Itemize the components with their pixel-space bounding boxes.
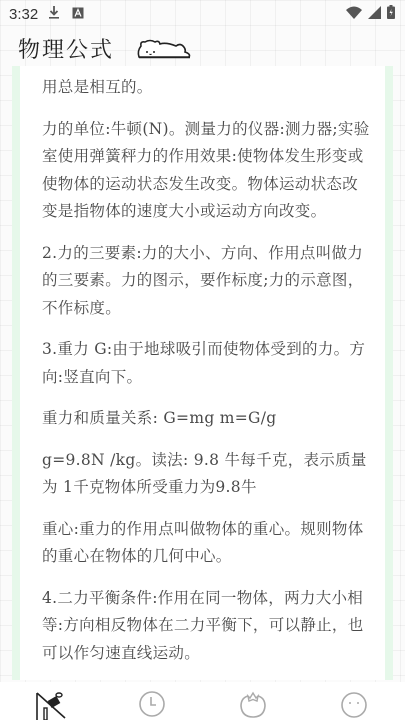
nav-tab-history[interactable] — [122, 690, 182, 720]
sleeping-bear-icon — [136, 37, 192, 63]
download-icon — [48, 5, 60, 23]
a-notification-icon — [72, 6, 84, 23]
formula-content: 用总是相互的。 力的单位:牛顿(N)。测量力的仪器:测力器;实验室使用弹簧秤力的… — [20, 66, 385, 667]
battery-charging-icon — [387, 5, 395, 23]
bottom-nav — [0, 682, 405, 720]
paragraph: 3.重力 G:由于地球吸引而使物体受到的力。方向:竖直向下。 — [42, 336, 371, 391]
paragraph: 力的单位:牛顿(N)。测量力的仪器:测力器;实验室使用弹簧秤力的作用效果:使物体… — [42, 116, 371, 226]
tomato-icon — [239, 690, 267, 720]
status-bar: 3:32 — [0, 0, 405, 28]
nav-tab-pomodoro[interactable] — [223, 690, 283, 720]
paragraph: 重力和质量关系: G=mg m=G/g — [42, 405, 371, 433]
paragraph: 重心:重力的作用点叫做物体的重心。规则物体的重心在物体的几何中心。 — [42, 516, 371, 571]
page-title: 物理公式 — [18, 33, 114, 64]
nav-tab-formulas[interactable] — [21, 690, 81, 720]
paragraph: 2.力的三要素:力的大小、方向、作用点叫做力的三要素。力的图示，要作标度;力的示… — [42, 240, 371, 323]
wifi-icon — [346, 6, 362, 23]
face-icon — [340, 690, 368, 720]
app-header: 物理公式 — [0, 30, 405, 66]
formula-card[interactable]: 用总是相互的。 力的单位:牛顿(N)。测量力的仪器:测力器;实验室使用弹簧秤力的… — [12, 66, 393, 680]
paragraph: 用总是相互的。 — [42, 74, 371, 102]
paragraph: 4.二力平衡条件:作用在同一物体，两力大小相等:方向相反物体在二力平衡下，可以静… — [42, 585, 371, 668]
clock-icon — [138, 690, 166, 720]
paragraph: g=9.8N /kg。读法: 9.8 牛每千克，表示质量为 1千克物体所受重力为… — [42, 447, 371, 502]
desk-lamp-icon — [35, 690, 67, 720]
nav-tab-profile[interactable] — [324, 690, 384, 720]
status-time: 3:32 — [9, 6, 38, 23]
cellular-signal-icon — [368, 6, 381, 23]
